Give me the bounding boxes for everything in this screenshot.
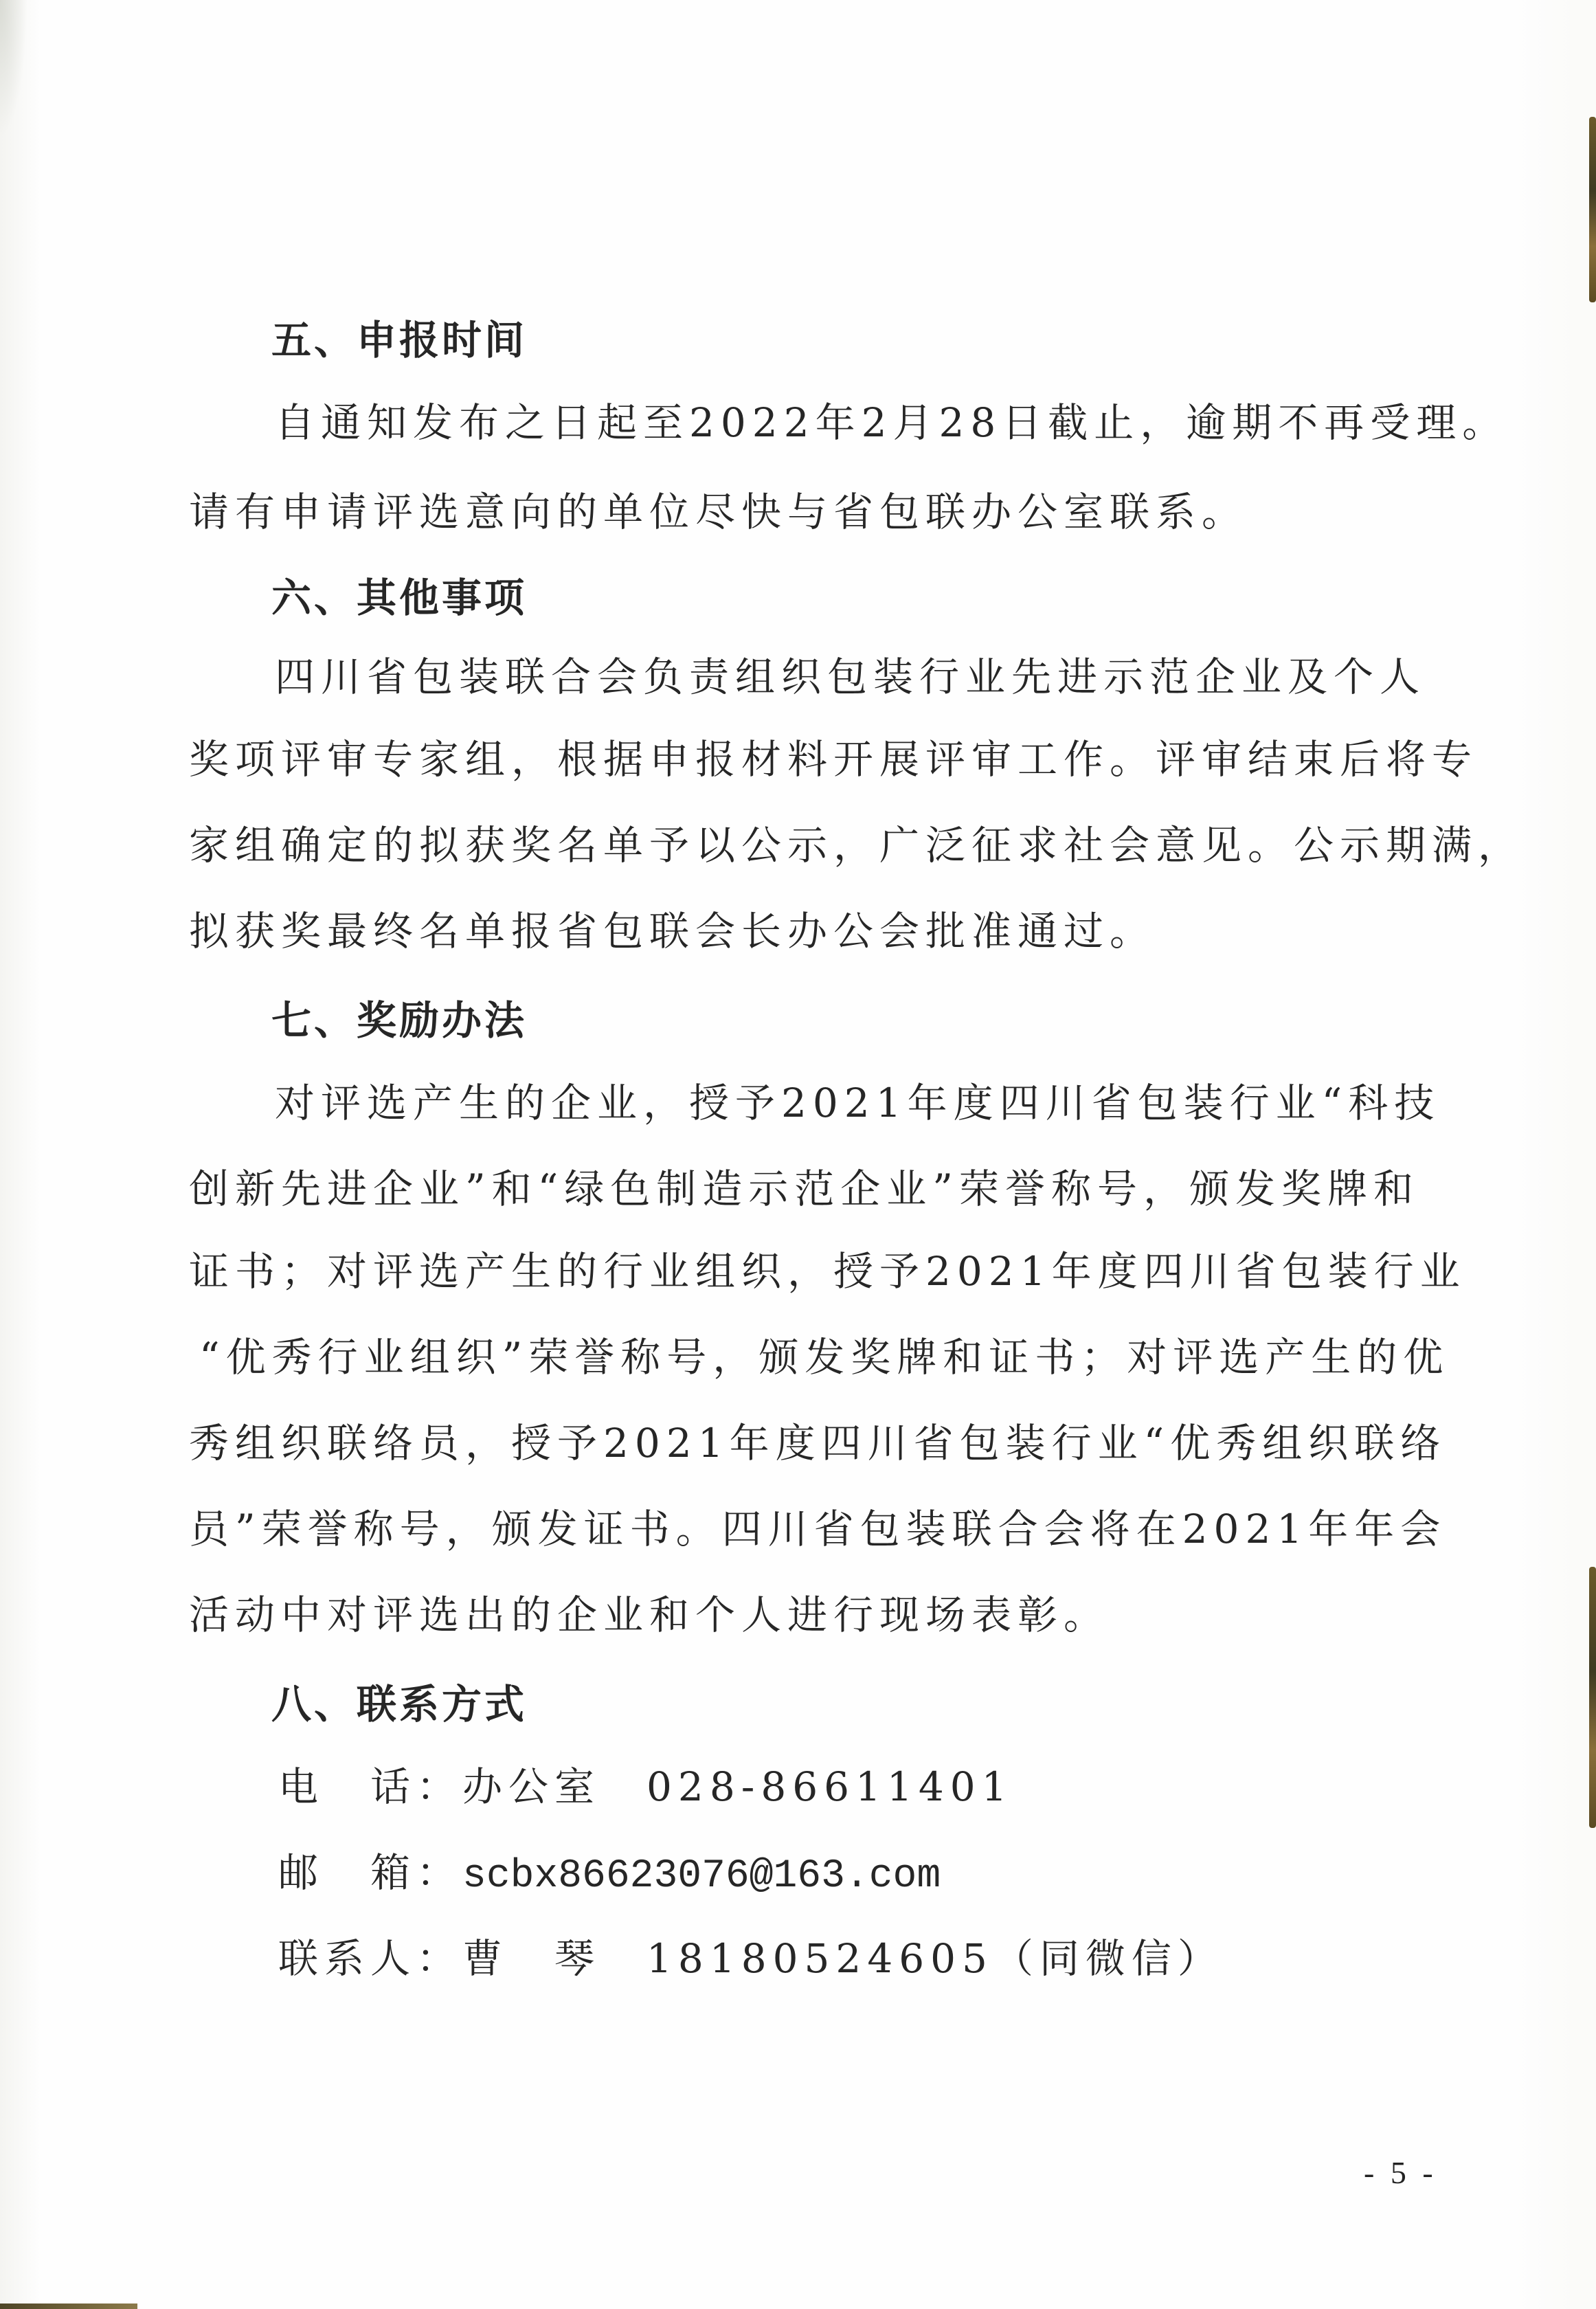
- section-heading-5: 五、申报时间: [271, 313, 1508, 368]
- section-heading-8: 八、联系方式: [271, 1677, 1508, 1732]
- paragraph-line: 秀组织联络员，授予2021年度四川省包装行业“优秀组织联络: [189, 1416, 1426, 1471]
- contact-label: 联系人：: [278, 1935, 462, 1982]
- scan-corner-shadow: [0, 0, 27, 137]
- paragraph-line: 活动中对评选出的企业和个人进行现场表彰。: [189, 1587, 1426, 1642]
- section-heading-7: 七、奖励办法: [271, 993, 1508, 1048]
- section-heading-6: 六、其他事项: [271, 570, 1508, 625]
- contact-value: 曹 琴 18180524605（同微信）: [462, 1935, 1224, 1982]
- paragraph-line: 请有申请评选意向的单位尽快与省包联办公室联系。: [189, 484, 1426, 539]
- contact-phone: 电 话：办公室 028-86611401: [278, 1759, 1515, 1814]
- document-page: 五、申报时间 自通知发布之日起至2022年2月28日截止，逾期不再受理。 请有申…: [0, 0, 1596, 2309]
- contact-email: 邮 箱：scbx86623076@163.com: [278, 1845, 1515, 1904]
- paragraph-line: “优秀行业组织”荣誉称号，颁发奖牌和证书；对评选产生的优: [199, 1330, 1436, 1385]
- paragraph-line: 自通知发布之日起至2022年2月28日截止，逾期不再受理。: [275, 395, 1511, 450]
- page-edge-shadow: [1589, 1567, 1596, 1828]
- paragraph-line: 拟获奖最终名单报省包联会长办公会批准通过。: [189, 904, 1426, 959]
- contact-person: 联系人：曹 琴 18180524605（同微信）: [278, 1931, 1515, 1986]
- paragraph-line: 证书；对评选产生的行业组织，授予2021年度四川省包装行业: [189, 1244, 1426, 1299]
- paragraph-line: 创新先进企业”和“绿色制造示范企业”荣誉称号，颁发奖牌和: [189, 1161, 1426, 1216]
- contact-value: scbx86623076@163.com: [462, 1854, 941, 1899]
- contact-label: 电 话：: [278, 1763, 462, 1810]
- paragraph-line: 家组确定的拟获奖名单予以公示，广泛征求社会意见。公示期满，: [189, 818, 1426, 873]
- contact-label: 邮 箱：: [278, 1849, 462, 1896]
- page-edge-shadow: [1589, 117, 1596, 302]
- page-number: - 5 -: [1364, 2154, 1437, 2191]
- paragraph-line: 奖项评审专家组，根据申报材料开展评审工作。评审结束后将专: [189, 732, 1426, 787]
- paragraph-line: 员”荣誉称号，颁发证书。四川省包装联合会将在2021年年会: [189, 1502, 1426, 1557]
- page-edge-shadow: [0, 2304, 137, 2309]
- paragraph-line: 对评选产生的企业，授予2021年度四川省包装行业“科技: [275, 1075, 1511, 1130]
- paragraph-line: 四川省包装联合会负责组织包装行业先进示范企业及个人: [275, 649, 1511, 704]
- contact-value: 办公室 028-86611401: [462, 1763, 1013, 1810]
